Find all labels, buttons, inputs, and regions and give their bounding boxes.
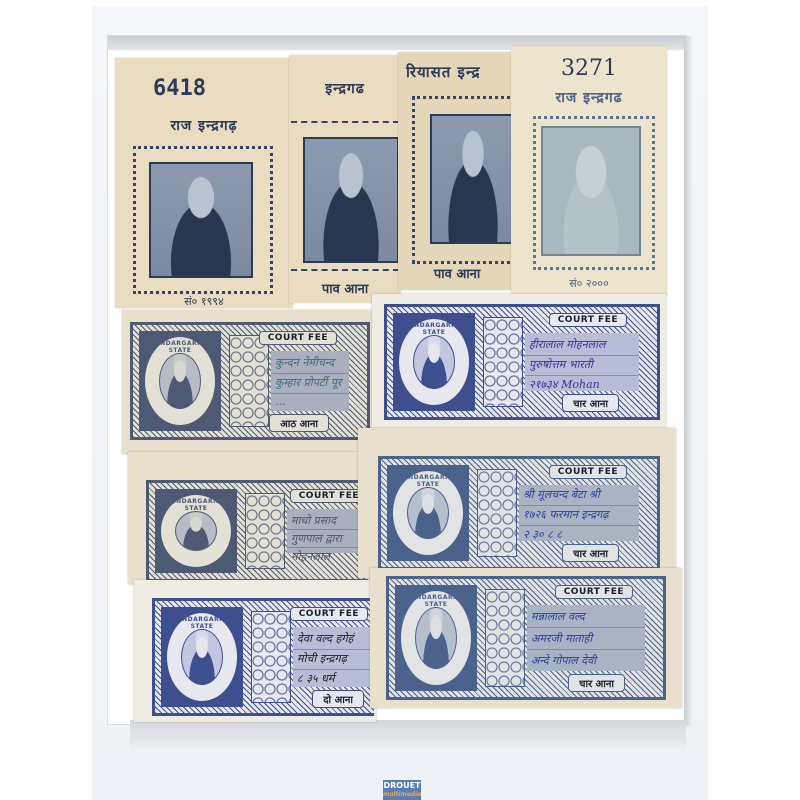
manuscript-field: हीरालाल मोहनलाल पुरुषोत्तम भारती २१७३४ M… bbox=[525, 333, 639, 391]
portrait-panel: INDARGARH STATE bbox=[393, 313, 475, 411]
manuscript-line: ८ ३५ धर्म bbox=[297, 671, 370, 686]
manuscript-line: अन्दे गोपाल देवी bbox=[531, 653, 641, 668]
state-name-text: INDARGARH STATE bbox=[401, 594, 471, 608]
manuscript-line: अमरजी माताही bbox=[531, 631, 641, 646]
label-title: राज इन्द्रगढ bbox=[511, 88, 667, 107]
portrait-panel: INDARGARH STATE bbox=[387, 465, 469, 561]
manuscript-line: माधो प्रसाद bbox=[291, 513, 364, 528]
ruler-portrait bbox=[175, 511, 217, 551]
ruler-portrait bbox=[413, 335, 455, 389]
field-rule bbox=[287, 547, 368, 548]
label-title: राज इन्द्रगढ़ bbox=[115, 116, 293, 135]
manuscript-line: गुणपाल द्वारा bbox=[291, 531, 364, 546]
field-rule bbox=[519, 505, 639, 506]
scroll-ornament bbox=[477, 469, 517, 557]
field-rule bbox=[293, 649, 374, 650]
portrait-oval: INDARGARH STATE bbox=[399, 589, 473, 687]
ruler-portrait bbox=[159, 353, 201, 409]
field-rule bbox=[527, 649, 645, 650]
portrait-oval: INDARGARH STATE bbox=[165, 611, 239, 703]
manuscript-line: कुम्हार प्रोपर्टी पूर bbox=[275, 375, 345, 390]
chain-border-bottom bbox=[291, 269, 399, 275]
serial-number: 6418 bbox=[153, 76, 206, 101]
manuscript-line: श्री मूलचन्द बेटा श्री bbox=[523, 487, 635, 502]
manuscript-line: मन्नालाल वल्द bbox=[531, 609, 641, 624]
manuscript-line: मोची इन्द्रगढ़ bbox=[297, 651, 370, 666]
portrait-panel: INDARGARH STATE bbox=[139, 331, 221, 431]
field-rule bbox=[519, 525, 639, 526]
field-rule bbox=[271, 393, 349, 394]
manuscript-line: १७२६ फरमान इन्द्रगढ़ bbox=[523, 507, 635, 522]
label-3271: 3271 राज इन्द्रगढ सं० २००० bbox=[511, 46, 667, 296]
court-fee-heading: COURT FEE bbox=[259, 331, 337, 345]
denomination: चार आना bbox=[562, 394, 619, 412]
faded-portrait bbox=[541, 126, 641, 256]
manuscript-line: देवा वल्द हगेहं bbox=[297, 631, 370, 646]
watermark-subtitle: multimedia bbox=[383, 791, 421, 799]
court-fee-stamp-8-anna: INDARGARH STATE कुन्दन नेमीचन्द कुम्हार … bbox=[130, 322, 370, 440]
court-fee-stamp-4-anna-b: INDARGARH STATE श्री मूलचन्द बेटा श्री १… bbox=[378, 456, 660, 570]
manuscript-line: २१७३४ Mohan bbox=[529, 377, 635, 392]
portrait-panel: INDARGARH STATE bbox=[395, 585, 477, 691]
field-rule bbox=[293, 669, 374, 670]
court-fee-heading: COURT FEE bbox=[549, 465, 627, 479]
scroll-ornament bbox=[483, 317, 523, 407]
denomination: दो आना bbox=[312, 690, 364, 708]
label-year: सं० १९९४ bbox=[115, 294, 293, 309]
ruler-portrait bbox=[407, 487, 449, 539]
field-rule bbox=[525, 375, 639, 376]
drouet-watermark-logo: DROUET multimedia bbox=[383, 780, 421, 800]
manuscript-line: मोहनलाल bbox=[291, 549, 364, 564]
state-name-text: INDARGARH STATE bbox=[161, 498, 231, 512]
ruler-portrait bbox=[149, 162, 253, 278]
ruler-portrait bbox=[181, 629, 223, 685]
court-fee-heading: COURT FEE bbox=[290, 489, 368, 503]
manuscript-field: कुन्दन नेमीचन्द कुम्हार प्रोपर्टी पूर ..… bbox=[271, 351, 349, 411]
court-fee-heading: COURT FEE bbox=[290, 607, 368, 621]
portrait-oval: INDARGARH STATE bbox=[391, 469, 465, 557]
manuscript-field: देवा वल्द हगेहं मोची इन्द्रगढ़ ८ ३५ धर्म bbox=[293, 627, 374, 687]
scroll-ornament bbox=[245, 493, 285, 569]
state-name-text: INDARGARH STATE bbox=[167, 616, 237, 630]
watermark-brand: DROUET bbox=[383, 781, 421, 791]
mount-bottom-shadow bbox=[130, 720, 686, 750]
portrait-oval: INDARGARH STATE bbox=[143, 335, 217, 427]
manuscript-field: मन्नालाल वल्द अमरजी माताही अन्दे गोपाल द… bbox=[527, 605, 645, 671]
portrait-panel: INDARGARH STATE bbox=[155, 489, 237, 573]
manuscript-line: पुरुषोत्तम भारती bbox=[529, 357, 635, 372]
court-fee-stamp-4-anna-c: INDARGARH STATE मन्नालाल वल्द अमरजी माता… bbox=[386, 576, 666, 700]
manuscript-line: हीरालाल मोहनलाल bbox=[529, 337, 635, 352]
manuscript-line: ... bbox=[275, 395, 345, 408]
mount-right-edge bbox=[684, 36, 692, 726]
label-pav-anna-1: इन्द्रगढ पाव आना bbox=[289, 55, 401, 303]
portrait-oval: INDARGARH STATE bbox=[397, 317, 471, 407]
label-6418: 6418 राज इन्द्रगढ़ सं० १९९४ bbox=[115, 58, 293, 308]
manuscript-field: श्री मूलचन्द बेटा श्री १७२६ फरमान इन्द्र… bbox=[519, 485, 639, 541]
portrait-oval: INDARGARH STATE bbox=[159, 493, 233, 569]
scroll-ornament bbox=[485, 589, 525, 687]
court-fee-heading: COURT FEE bbox=[555, 585, 633, 599]
ruler-portrait bbox=[430, 114, 516, 244]
court-fee-heading: COURT FEE bbox=[549, 313, 627, 327]
ruler-portrait bbox=[415, 607, 457, 669]
label-pav-anna-2: रियासत इन्द्र पाव आना bbox=[398, 52, 516, 290]
denomination: चार आना bbox=[568, 674, 625, 692]
field-rule bbox=[271, 373, 349, 374]
scroll-ornament bbox=[229, 335, 269, 427]
state-name-text: INDARGARH STATE bbox=[399, 322, 469, 336]
field-rule bbox=[527, 627, 645, 628]
ruler-portrait bbox=[303, 137, 399, 263]
state-name-text: INDARGARH STATE bbox=[393, 474, 463, 488]
portrait-panel: INDARGARH STATE bbox=[161, 607, 243, 707]
state-name-text: INDARGARH STATE bbox=[145, 340, 215, 354]
serial-number: 3271 bbox=[511, 56, 667, 81]
court-fee-stamp-4-anna-a: INDARGARH STATE हीरालाल मोहनलाल पुरुषोत्… bbox=[384, 304, 660, 420]
label-title: इन्द्रगढ bbox=[289, 79, 401, 98]
denomination: आठ आना bbox=[269, 414, 329, 432]
manuscript-field: माधो प्रसाद गुणपाल द्वारा मोहनलाल bbox=[287, 509, 368, 553]
field-rule bbox=[525, 355, 639, 356]
scroll-ornament bbox=[251, 611, 291, 703]
manuscript-line: कुन्दन नेमीचन्द bbox=[275, 355, 345, 370]
label-value: पाव आना bbox=[398, 264, 516, 282]
manuscript-line: २ ३० ८ ८ bbox=[523, 527, 635, 542]
label-year: सं० २००० bbox=[511, 276, 667, 291]
court-fee-stamp-partial: INDARGARH STATE माधो प्रसाद गुणपाल द्वार… bbox=[146, 480, 368, 582]
denomination: चार आना bbox=[562, 544, 619, 562]
field-rule bbox=[287, 529, 368, 530]
court-fee-stamp-2-anna: INDARGARH STATE देवा वल्द हगेहं मोची इन्… bbox=[152, 598, 374, 716]
chain-border-top bbox=[291, 121, 399, 127]
